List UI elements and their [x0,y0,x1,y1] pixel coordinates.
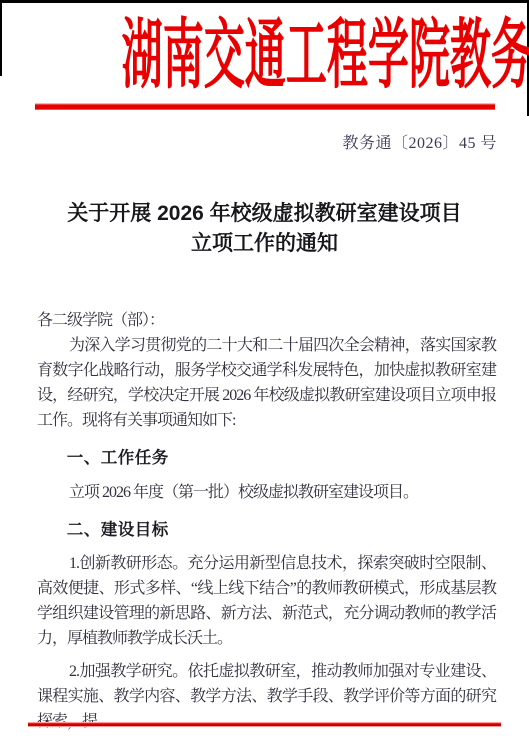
letterhead-red-rule [35,103,495,110]
section-2-heading: 二、建设目标 [37,518,496,543]
letterhead-agency-name: 湖南交通工程学院教务处 [122,16,408,96]
document-number: 教务通〔2026〕45 号 [37,133,497,155]
intro-paragraph: 为深入学习贯彻党的二十大和二十届四次全会精神，落实国家教育数字化战略行动，服务学… [37,333,496,433]
section-1-heading: 一、工作任务 [37,446,496,471]
document-title: 关于开展 2026 年校级虚拟教研室建设项目 立项工作的通知 [20,199,509,259]
document-body: 各二级学院（部）： 为深入学习贯彻党的二十大和二十届四次全会精神，落实国家教育数… [37,308,496,734]
document-title-line2: 立项工作的通知 [20,229,509,259]
scan-artifact-left-edge [0,0,2,76]
document-title-line1: 关于开展 2026 年校级虚拟教研室建设项目 [20,199,509,229]
document-page: 湖南交通工程学院教务处 教务通〔2026〕45 号 关于开展 2026 年校级虚… [0,0,529,745]
salutation: 各二级学院（部）： [37,308,496,333]
page-footer-red-rule [28,722,501,727]
section-2-item-1: 1.创新教研形态。充分运用新型信息技术，探索突破时空限制、高效便捷、形式多样、“… [37,551,496,651]
scan-artifact-top-edge [0,0,529,3]
section-1-text: 立项 2026 年度（第一批）校级虚拟教研室建设项目。 [37,480,496,505]
